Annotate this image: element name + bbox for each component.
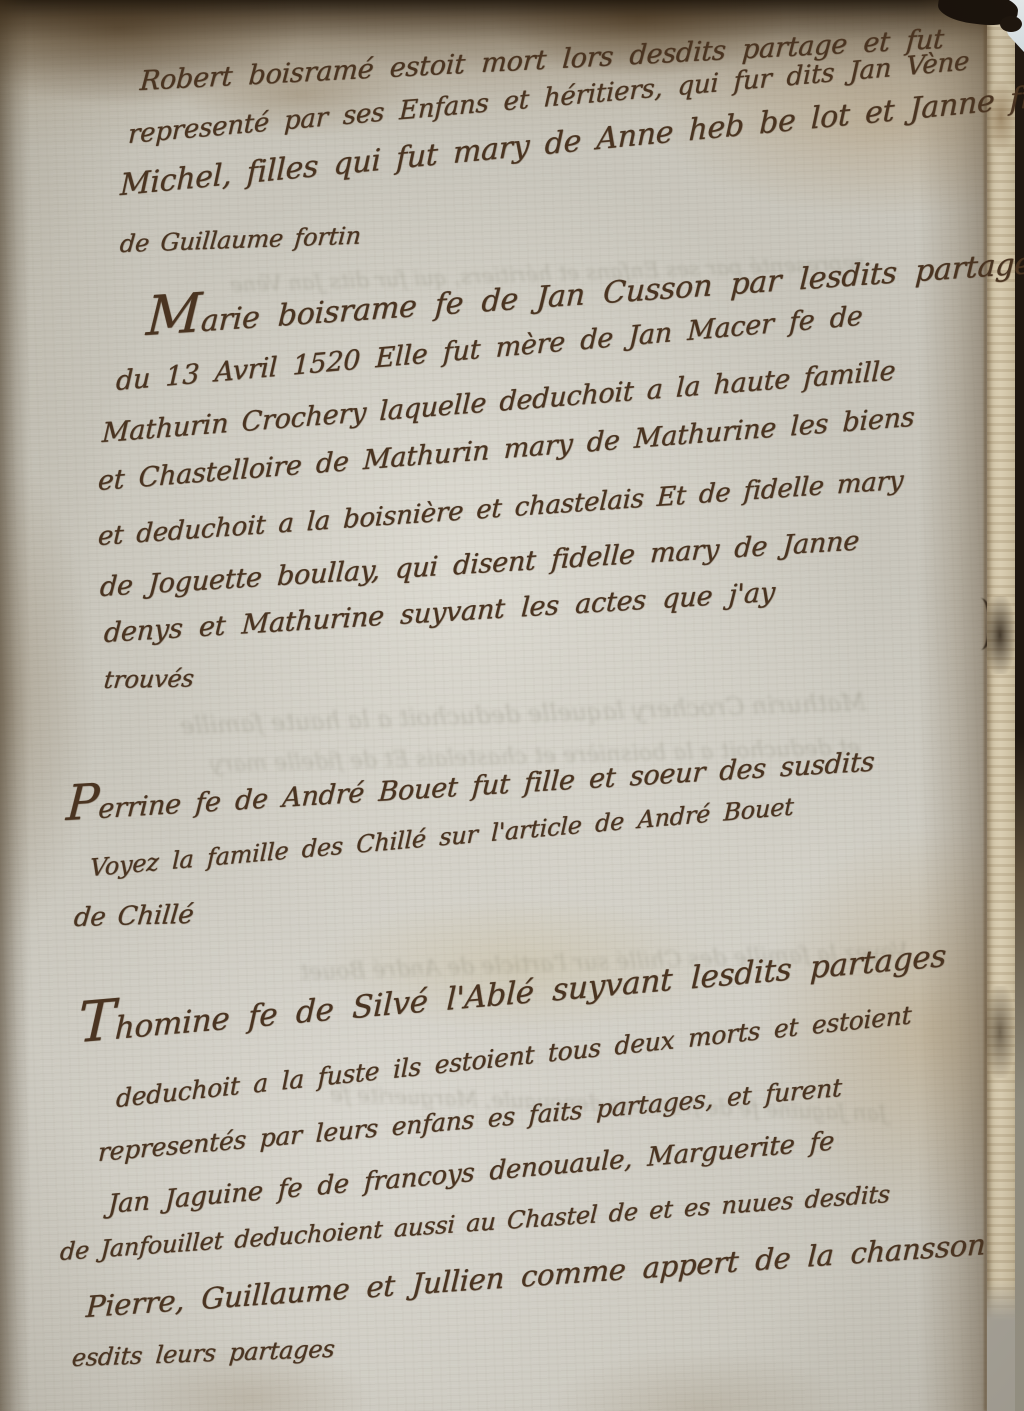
manuscript-photo: representé par ses Enfans et héritiers, …	[0, 0, 1024, 1411]
photo-vignette	[0, 0, 1024, 1411]
